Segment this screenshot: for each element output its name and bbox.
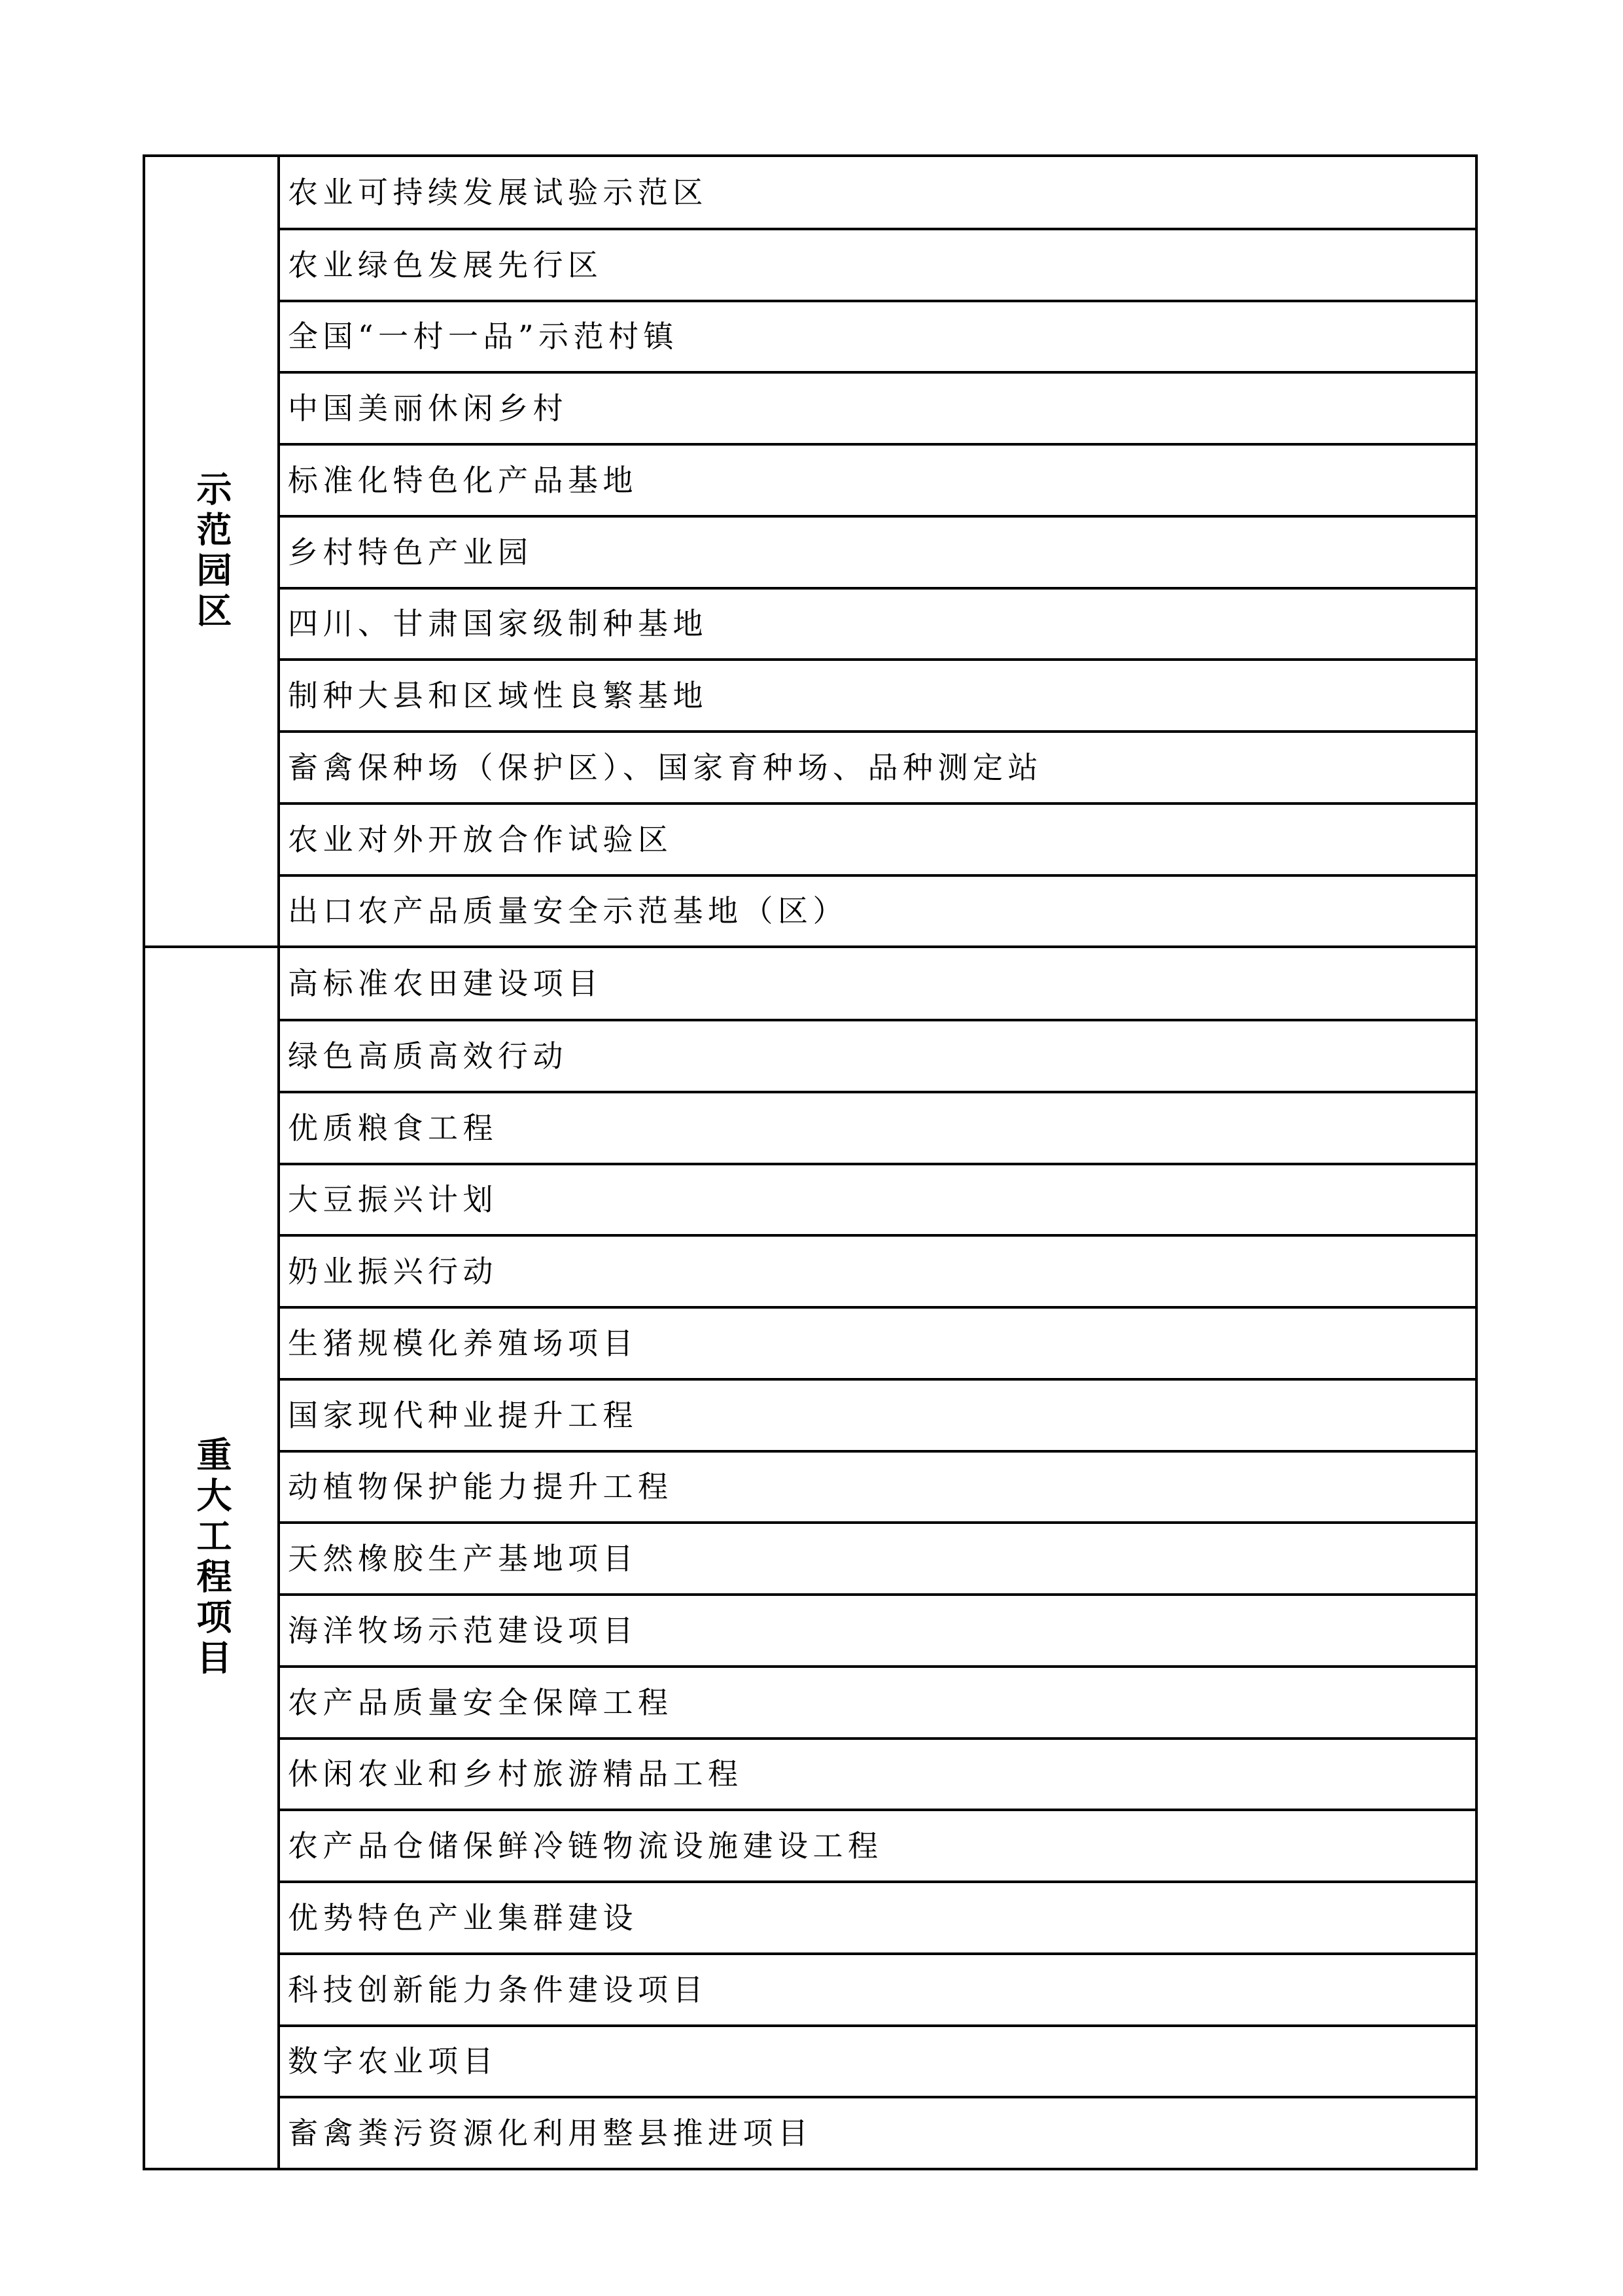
row-text: 奶业振兴行动 [288,1256,498,1286]
table-row: 大豆振兴计划 [280,1163,1475,1235]
table-row: 农业对外开放合作试验区 [280,802,1475,874]
row-text: 科技创新能力条件建设项目 [288,1975,708,2005]
table-row: 出口农产品质量安全示范基地（区） [280,874,1475,946]
section-rows: 高标准农田建设项目 绿色高质高效行动 优质粮食工程 大豆振兴计划 奶业振兴行动 … [280,948,1475,2168]
table-row: 海洋牧场示范建设项目 [280,1593,1475,1665]
table-row: 天然橡胶生产基地项目 [280,1521,1475,1593]
section-major-projects: 重大工程项目 高标准农田建设项目 绿色高质高效行动 优质粮食工程 大豆振兴计划 … [145,945,1475,2168]
table-row: 农业绿色发展先行区 [280,228,1475,300]
row-text: 四川、甘肃国家级制种基地 [288,609,708,639]
row-text: 农产品质量安全保障工程 [288,1687,673,1718]
project-table: 示范园区 农业可持续发展试验示范区 农业绿色发展先行区 全国“一村一品”示范村镇… [143,154,1478,2170]
table-row: 四川、甘肃国家级制种基地 [280,587,1475,659]
row-text: 优势特色产业集群建设 [288,1903,638,1933]
section-label-cell: 重大工程项目 [145,948,280,2168]
section-demonstration-parks: 示范园区 农业可持续发展试验示范区 农业绿色发展先行区 全国“一村一品”示范村镇… [145,157,1475,945]
row-text: 标准化特色化产品基地 [288,465,638,495]
section-label: 重大工程项目 [194,1436,229,1680]
row-text: 农业绿色发展先行区 [288,250,603,280]
table-row: 优势特色产业集群建设 [280,1881,1475,1952]
section-label-cell: 示范园区 [145,157,280,945]
row-text: 大豆振兴计划 [288,1184,498,1214]
table-row: 生猪规模化养殖场项目 [280,1306,1475,1378]
row-text: 农业可持续发展试验示范区 [288,177,708,207]
row-text: 乡村特色产业园 [288,537,533,567]
table-row: 数字农业项目 [280,2024,1475,2096]
row-text: 数字农业项目 [288,2046,498,2076]
table-row: 制种大县和区域性良繁基地 [280,658,1475,730]
row-text: 畜禽粪污资源化利用整县推进项目 [288,2118,813,2148]
row-text: 生猪规模化养殖场项目 [288,1328,638,1358]
row-text: 绿色高质高效行动 [288,1041,568,1071]
table-row: 奶业振兴行动 [280,1234,1475,1306]
table-row: 国家现代种业提升工程 [280,1378,1475,1450]
table-row: 畜禽保种场（保护区）、国家育种场、品种测定站 [280,730,1475,802]
table-row: 动植物保护能力提升工程 [280,1450,1475,1522]
table-row: 优质粮食工程 [280,1091,1475,1163]
row-text: 国家现代种业提升工程 [288,1400,638,1430]
row-text: 制种大县和区域性良繁基地 [288,680,708,711]
table-row: 中国美丽休闲乡村 [280,371,1475,443]
table-row: 乡村特色产业园 [280,515,1475,587]
row-text: 天然橡胶生产基地项目 [288,1544,638,1574]
table-row: 高标准农田建设项目 [280,948,1475,1019]
row-text: 农业对外开放合作试验区 [288,824,673,855]
table-row: 绿色高质高效行动 [280,1019,1475,1091]
row-text: 动植物保护能力提升工程 [288,1472,673,1502]
row-text: 出口农产品质量安全示范基地（区） [288,896,848,926]
row-text: 农产品仓储保鲜冷链物流设施建设工程 [288,1831,883,1861]
table-row: 农产品仓储保鲜冷链物流设施建设工程 [280,1809,1475,1881]
row-text: 畜禽保种场（保护区）、国家育种场、品种测定站 [288,752,1043,783]
table-row: 科技创新能力条件建设项目 [280,1952,1475,2024]
row-text: 海洋牧场示范建设项目 [288,1616,638,1646]
table-row: 休闲农业和乡村旅游精品工程 [280,1737,1475,1809]
row-text: 休闲农业和乡村旅游精品工程 [288,1759,743,1789]
table-row: 畜禽粪污资源化利用整县推进项目 [280,2096,1475,2168]
table-row: 标准化特色化产品基地 [280,443,1475,515]
table-row: 全国“一村一品”示范村镇 [280,300,1475,372]
table-row: 农业可持续发展试验示范区 [280,157,1475,228]
section-label: 示范园区 [194,470,229,633]
section-rows: 农业可持续发展试验示范区 农业绿色发展先行区 全国“一村一品”示范村镇 中国美丽… [280,157,1475,945]
table-row: 农产品质量安全保障工程 [280,1665,1475,1737]
row-text: 优质粮食工程 [288,1113,498,1143]
row-text: 高标准农田建设项目 [288,968,603,998]
row-text: 全国“一村一品”示范村镇 [288,321,678,351]
row-text: 中国美丽休闲乡村 [288,393,568,423]
